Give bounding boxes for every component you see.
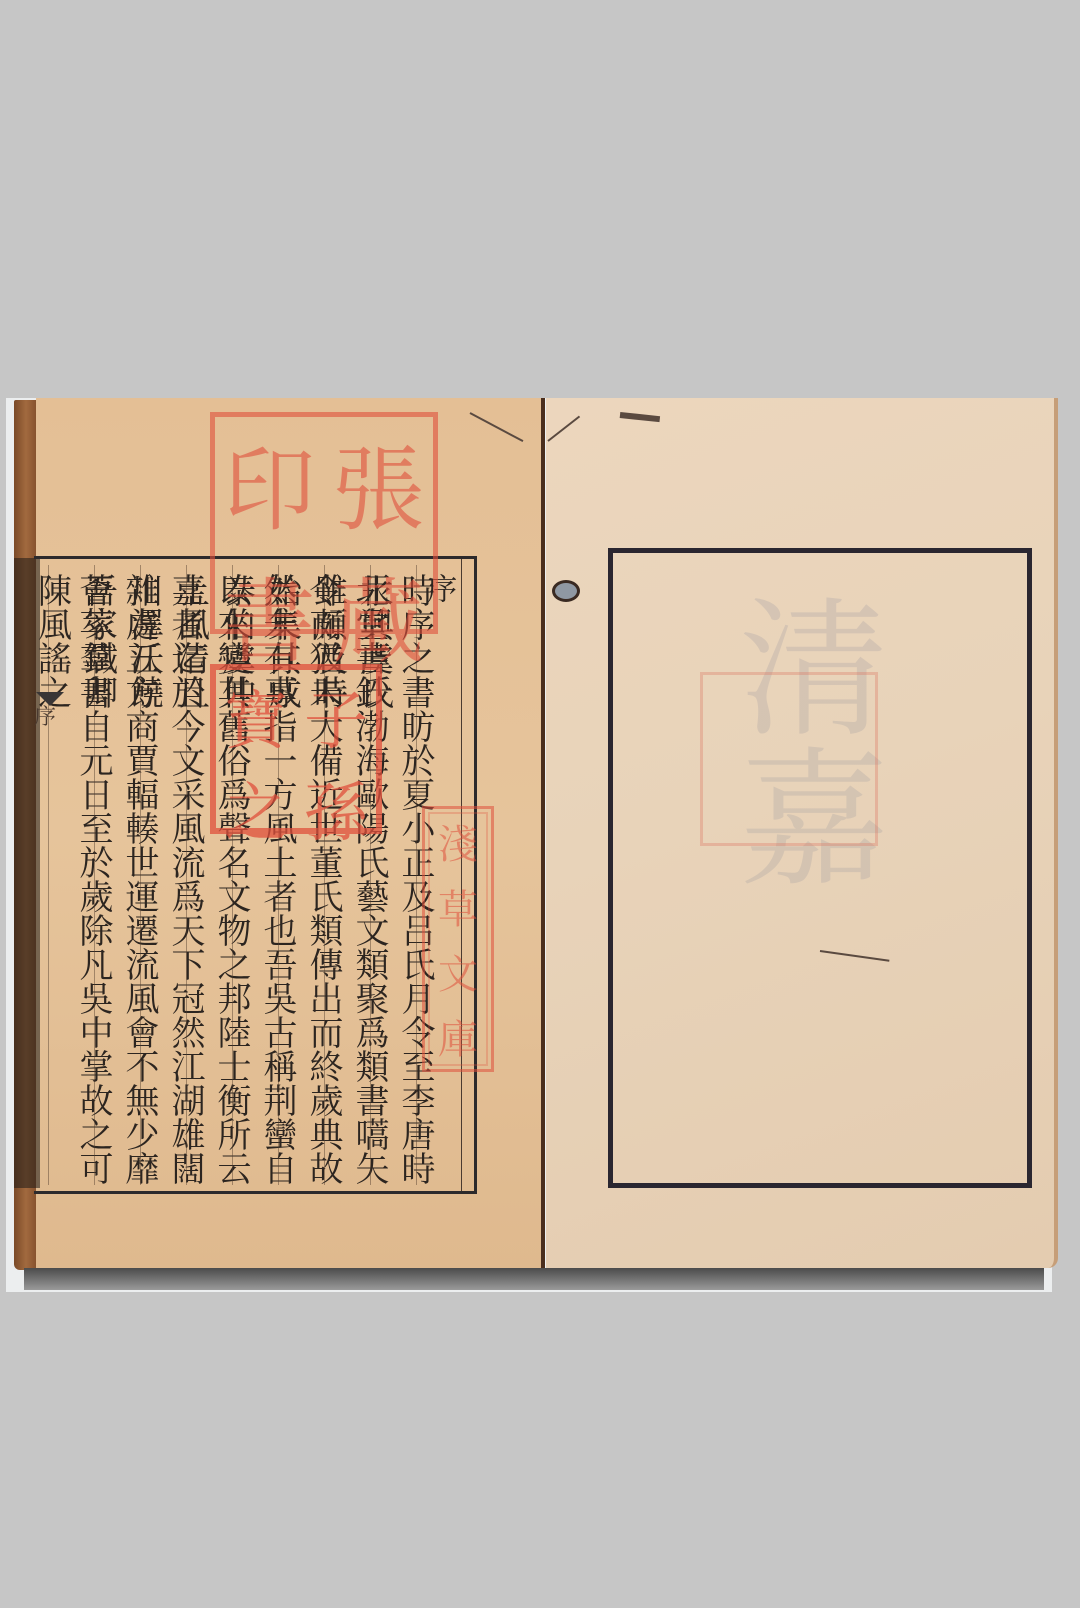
library-seal: 淺 草 文 庫 (422, 806, 494, 1072)
book-gutter (541, 398, 545, 1270)
show-through-seal (700, 672, 878, 846)
margin-label: 序 (34, 700, 58, 750)
book-shadow (24, 1268, 1044, 1290)
collector-seal-top: 印 張 書 蔵 (210, 412, 438, 634)
worm-hole (552, 580, 580, 602)
collector-seal-middle: 寶 子 之 孫 (210, 664, 382, 834)
